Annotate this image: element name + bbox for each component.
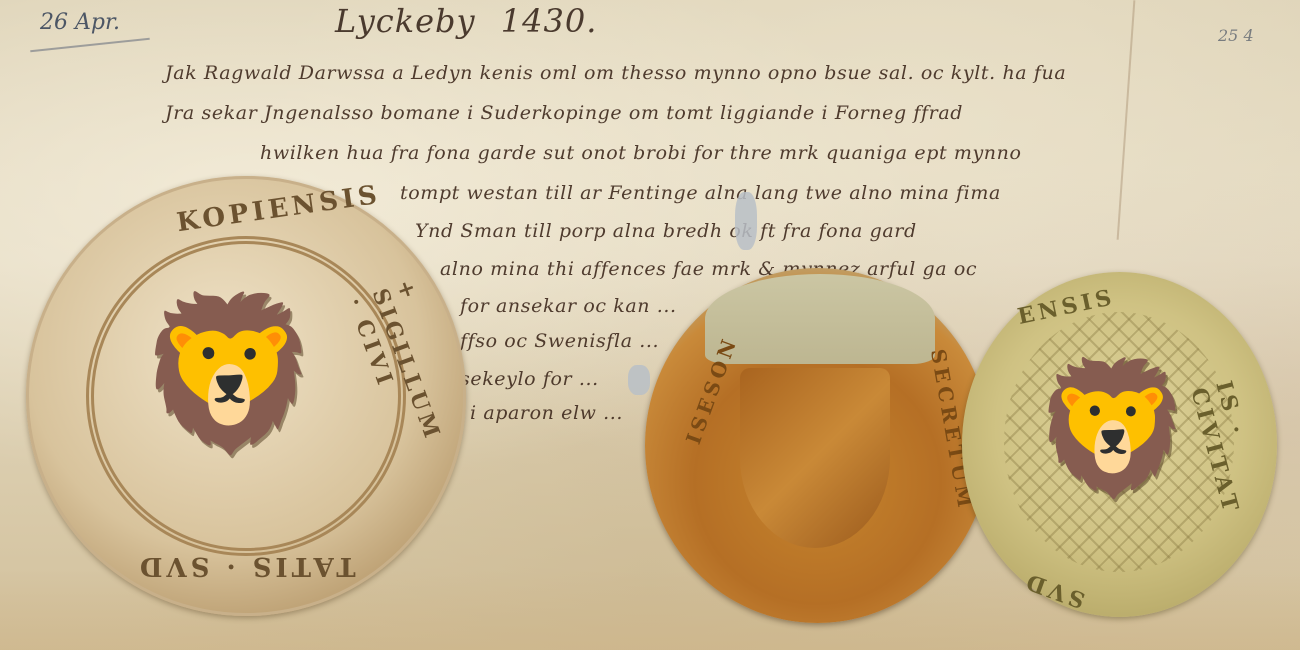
heading-year: 1430. [501, 2, 598, 40]
lion-device-icon: 🦁 [1032, 352, 1194, 505]
manuscript-line: Jak Ragwald Darwssa a Ledyn kenis oml om… [165, 62, 1066, 84]
seal-wax-cap [705, 274, 935, 364]
manuscript-line: ffso oc Swenisfla ... [460, 330, 659, 352]
corner-number-note: 25 4 [1218, 26, 1254, 45]
seal-legend-bottom: TATIS · SVD [136, 551, 356, 581]
parchment-stain [735, 192, 757, 250]
manuscript-line: sekeylo for ... [460, 368, 599, 390]
shield-device-icon [740, 368, 890, 548]
manuscript-line: i aparon elw ... [470, 402, 623, 424]
manuscript-line: Ynd Sman till porp alna bredh ok ft fra … [415, 220, 917, 242]
lion-device-icon: 🦁 [136, 286, 323, 462]
manuscript-line: hwilken hua fra fona garde sut onot brob… [260, 142, 1022, 164]
seal-lion-gold: ENSIS IS · CIVITAT SVD 🦁 [962, 272, 1277, 617]
seal-lion-plaster: KOPIENSIS + SIGILLUM · CIVI TATIS · SVD … [26, 176, 466, 616]
manuscript-line: Jra sekar Jngenalsso bomane i Suderkopin… [165, 102, 963, 124]
seal-armorial-wax: ISESON SECRETUM [645, 268, 990, 623]
archive-date-note: 26 Apr. [40, 10, 120, 35]
heading-place: Lyckeby [335, 2, 476, 40]
manuscript-line: for ansekar oc kan ... [460, 295, 677, 317]
manuscript-line: alno mina thi affences fae mrk & mynnez … [440, 258, 977, 280]
seal-legend-top: KOPIENSIS [175, 180, 383, 238]
parchment-stain [628, 365, 650, 395]
document-heading: Lyckeby 1430. [335, 2, 597, 40]
manuscript-line: tompt westan till ar Fentinge alna lang … [400, 182, 1001, 204]
